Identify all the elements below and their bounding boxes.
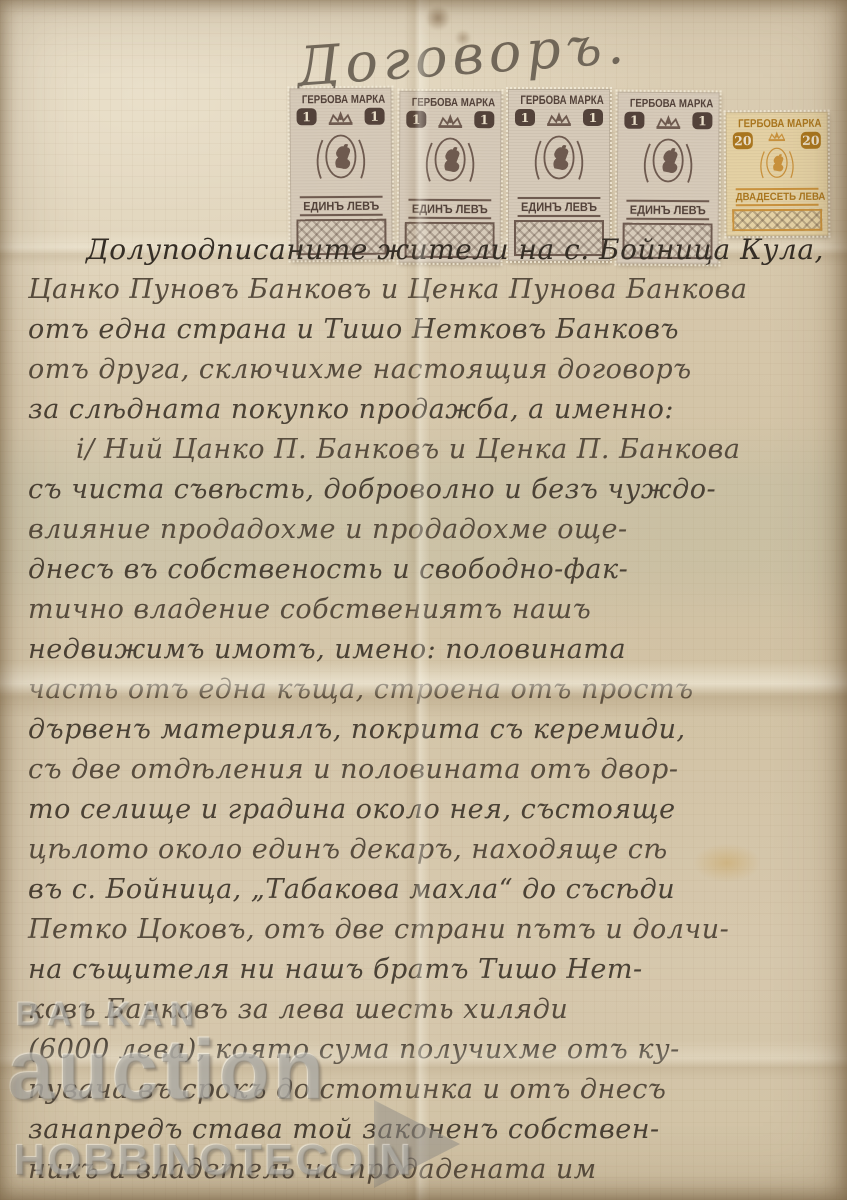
manuscript-line: тично владение собствениятъ нашъ: [28, 590, 840, 630]
stamp-value-left: 1: [297, 108, 317, 125]
manuscript-line: недвижимъ имотъ, имено: половината: [28, 630, 840, 670]
manuscript-line: влияние продадохме и продадохме още-: [28, 510, 840, 550]
stamp-value-left: 20: [733, 132, 753, 149]
manuscript-line: пувача въ срокъ до стотинка и отъ днесъ: [28, 1070, 840, 1110]
manuscript-line: то селище и градина около нея, състояще: [28, 790, 840, 830]
manuscript-line: i/ Ний Цанко П. Банковъ и Ценка П. Банко…: [76, 430, 840, 470]
revenue-stamp: ГЕРБОВА МАРКА 20 20 ДВАДЕСЕТЬ ЛЕВА: [726, 112, 829, 237]
manuscript-line: на същителя ни нашъ братъ Тишо Нет-: [28, 950, 840, 990]
manuscript-line: Долуподписаните жители на с. Бойница Кул…: [86, 230, 840, 270]
stamp-value-left: 1: [406, 111, 426, 128]
stamp-value-right: 20: [801, 132, 821, 149]
manuscript-line: отъ една страна и Тишо Нетковъ Банковъ: [28, 310, 840, 350]
stamp-header: ГЕРБОВА МАРКА: [412, 97, 489, 109]
stamp-value-left: 1: [624, 112, 644, 129]
coat-of-arms-icon: [635, 113, 702, 197]
stamp-value-right: 1: [583, 109, 603, 126]
stamp-value-right: 1: [365, 108, 385, 125]
manuscript-line: ковъ Банковъ за лева шесть хиляди: [28, 990, 840, 1030]
manuscript-line: цѣлото около единъ декаръ, находяще сѣ: [28, 830, 840, 870]
stamp-header: ГЕРБОВА МАРКА: [738, 118, 815, 130]
manuscript-line: Петко Цоковъ, отъ две страни пътъ и долч…: [28, 910, 840, 950]
manuscript-line: Цанко Пуновъ Банковъ и Ценка Пунова Банк…: [28, 270, 840, 310]
stamp-denomination: ЕДИНЪ ЛЕВЪ: [300, 196, 383, 217]
stamp-denomination: ЕДИНЪ ЛЕВЪ: [626, 200, 709, 221]
manuscript-line: (6000 лева), която сума получихме отъ ку…: [28, 1030, 840, 1070]
manuscript-line: съ две отдѣления и половината отъ двор-: [28, 750, 840, 790]
stamp-value-right: 1: [474, 111, 494, 128]
manuscript-line: отъ друга, сключихме настоящия договоръ: [28, 350, 840, 390]
manuscript-line: въ с. Бойница, „Табакова махла“ до съсѣд…: [28, 870, 840, 910]
stamp-denomination: ЕДИНЪ ЛЕВЪ: [518, 197, 601, 217]
stamp-ornament-panel: [732, 209, 822, 231]
stamp-header: ГЕРБОВА МАРКА: [630, 98, 707, 111]
stamp-value-right: 1: [692, 112, 712, 129]
manuscript-line: занапредъ става той законенъ собствен-: [28, 1110, 840, 1150]
document-photo: Договоръ. ГЕРБОВА МАРКА 1 1 ЕДИНЪ ЛЕВЪ: [0, 0, 847, 1200]
stamp-value-left: 1: [515, 109, 535, 126]
coat-of-arms-icon: [749, 130, 805, 188]
coat-of-arms-icon: [526, 110, 592, 194]
manuscript-text: Долуподписаните жители на с. Бойница Кул…: [28, 230, 840, 1190]
coat-of-arms-icon: [417, 112, 483, 196]
manuscript-line: часть отъ една къща, строена отъ простъ: [28, 670, 840, 710]
manuscript-line: дървенъ материялъ, покрита съ керемиди,: [28, 710, 840, 750]
manuscript-line: никъ и владетель на продадената им: [28, 1150, 840, 1190]
stamp-header: ГЕРБОВА МАРКА: [302, 94, 379, 107]
document-title: Договоръ.: [294, 12, 630, 98]
manuscript-line: съ чиста съвѣсть, доброволно и безъ чужд…: [28, 470, 840, 510]
stamp-header: ГЕРБОВА МАРКА: [520, 95, 597, 107]
manuscript-line: днесъ въ собственость и свободно-фак-: [28, 550, 840, 590]
stamp-denomination: ЕДИНЪ ЛЕВЪ: [408, 199, 491, 219]
manuscript-line: за слѣдната покупко продажба, а именно:: [28, 390, 840, 430]
stamp-denomination: ДВАДЕСЕТЬ ЛЕВА: [736, 188, 819, 206]
